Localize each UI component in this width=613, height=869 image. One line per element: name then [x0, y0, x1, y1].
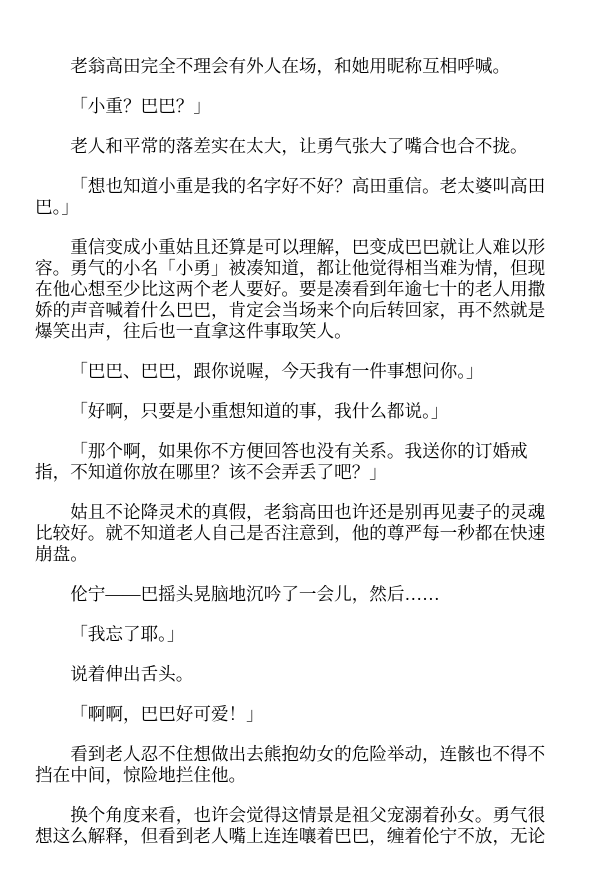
paragraph-dialogue: 「那个啊，如果你不方便回答也没有关系。我送你的订婚戒指，不知道你放在哪里？该不会…	[35, 441, 546, 483]
paragraph-dialogue: 「好啊，只要是小重想知道的事，我什么都说。」	[35, 401, 546, 422]
paragraph-dialogue: 「巴巴、巴巴，跟你说喔，今天我有一件事想问你。」	[35, 361, 546, 382]
paragraph: 说着伸出舌头。	[35, 664, 546, 685]
paragraph-dialogue: 「我忘了耶。」	[35, 624, 546, 645]
paragraph: 老人和平常的落差实在太大，让勇气张大了嘴合也合不拢。	[35, 136, 546, 157]
paragraph-dialogue: 「想也知道小重是我的名字好不好？高田重信。老太婆叫高田巴。」	[35, 176, 546, 218]
paragraph: 伦宁——巴摇头晃脑地沉吟了一会儿，然后……	[35, 584, 546, 605]
paragraph: 换个角度来看，也许会觉得这情景是祖父宠溺着孙女。勇气很想这么解释，但看到老人嘴上…	[35, 805, 546, 847]
paragraph: 看到老人忍不住想做出去熊抱幼女的危险举动，连骸也不得不挡在中间，惊险地拦住他。	[35, 744, 546, 786]
paragraph-dialogue: 「小重？巴巴？」	[35, 96, 546, 117]
paragraph: 重信变成小重姑且还算是可以理解，巴变成巴巴就让人难以形容。勇气的小名「小勇」被凑…	[35, 237, 546, 342]
paragraph: 姑且不论降灵术的真假，老翁高田也许还是别再见妻子的灵魂比较好。就不知道老人自己是…	[35, 502, 546, 565]
novel-page: 老翁高田完全不理会有外人在场，和她用昵称互相呼喊。 「小重？巴巴？」 老人和平常…	[0, 0, 613, 869]
paragraph-dialogue: 「啊啊，巴巴好可爱！」	[35, 704, 546, 725]
paragraph: 老翁高田完全不理会有外人在场，和她用昵称互相呼喊。	[35, 56, 546, 77]
